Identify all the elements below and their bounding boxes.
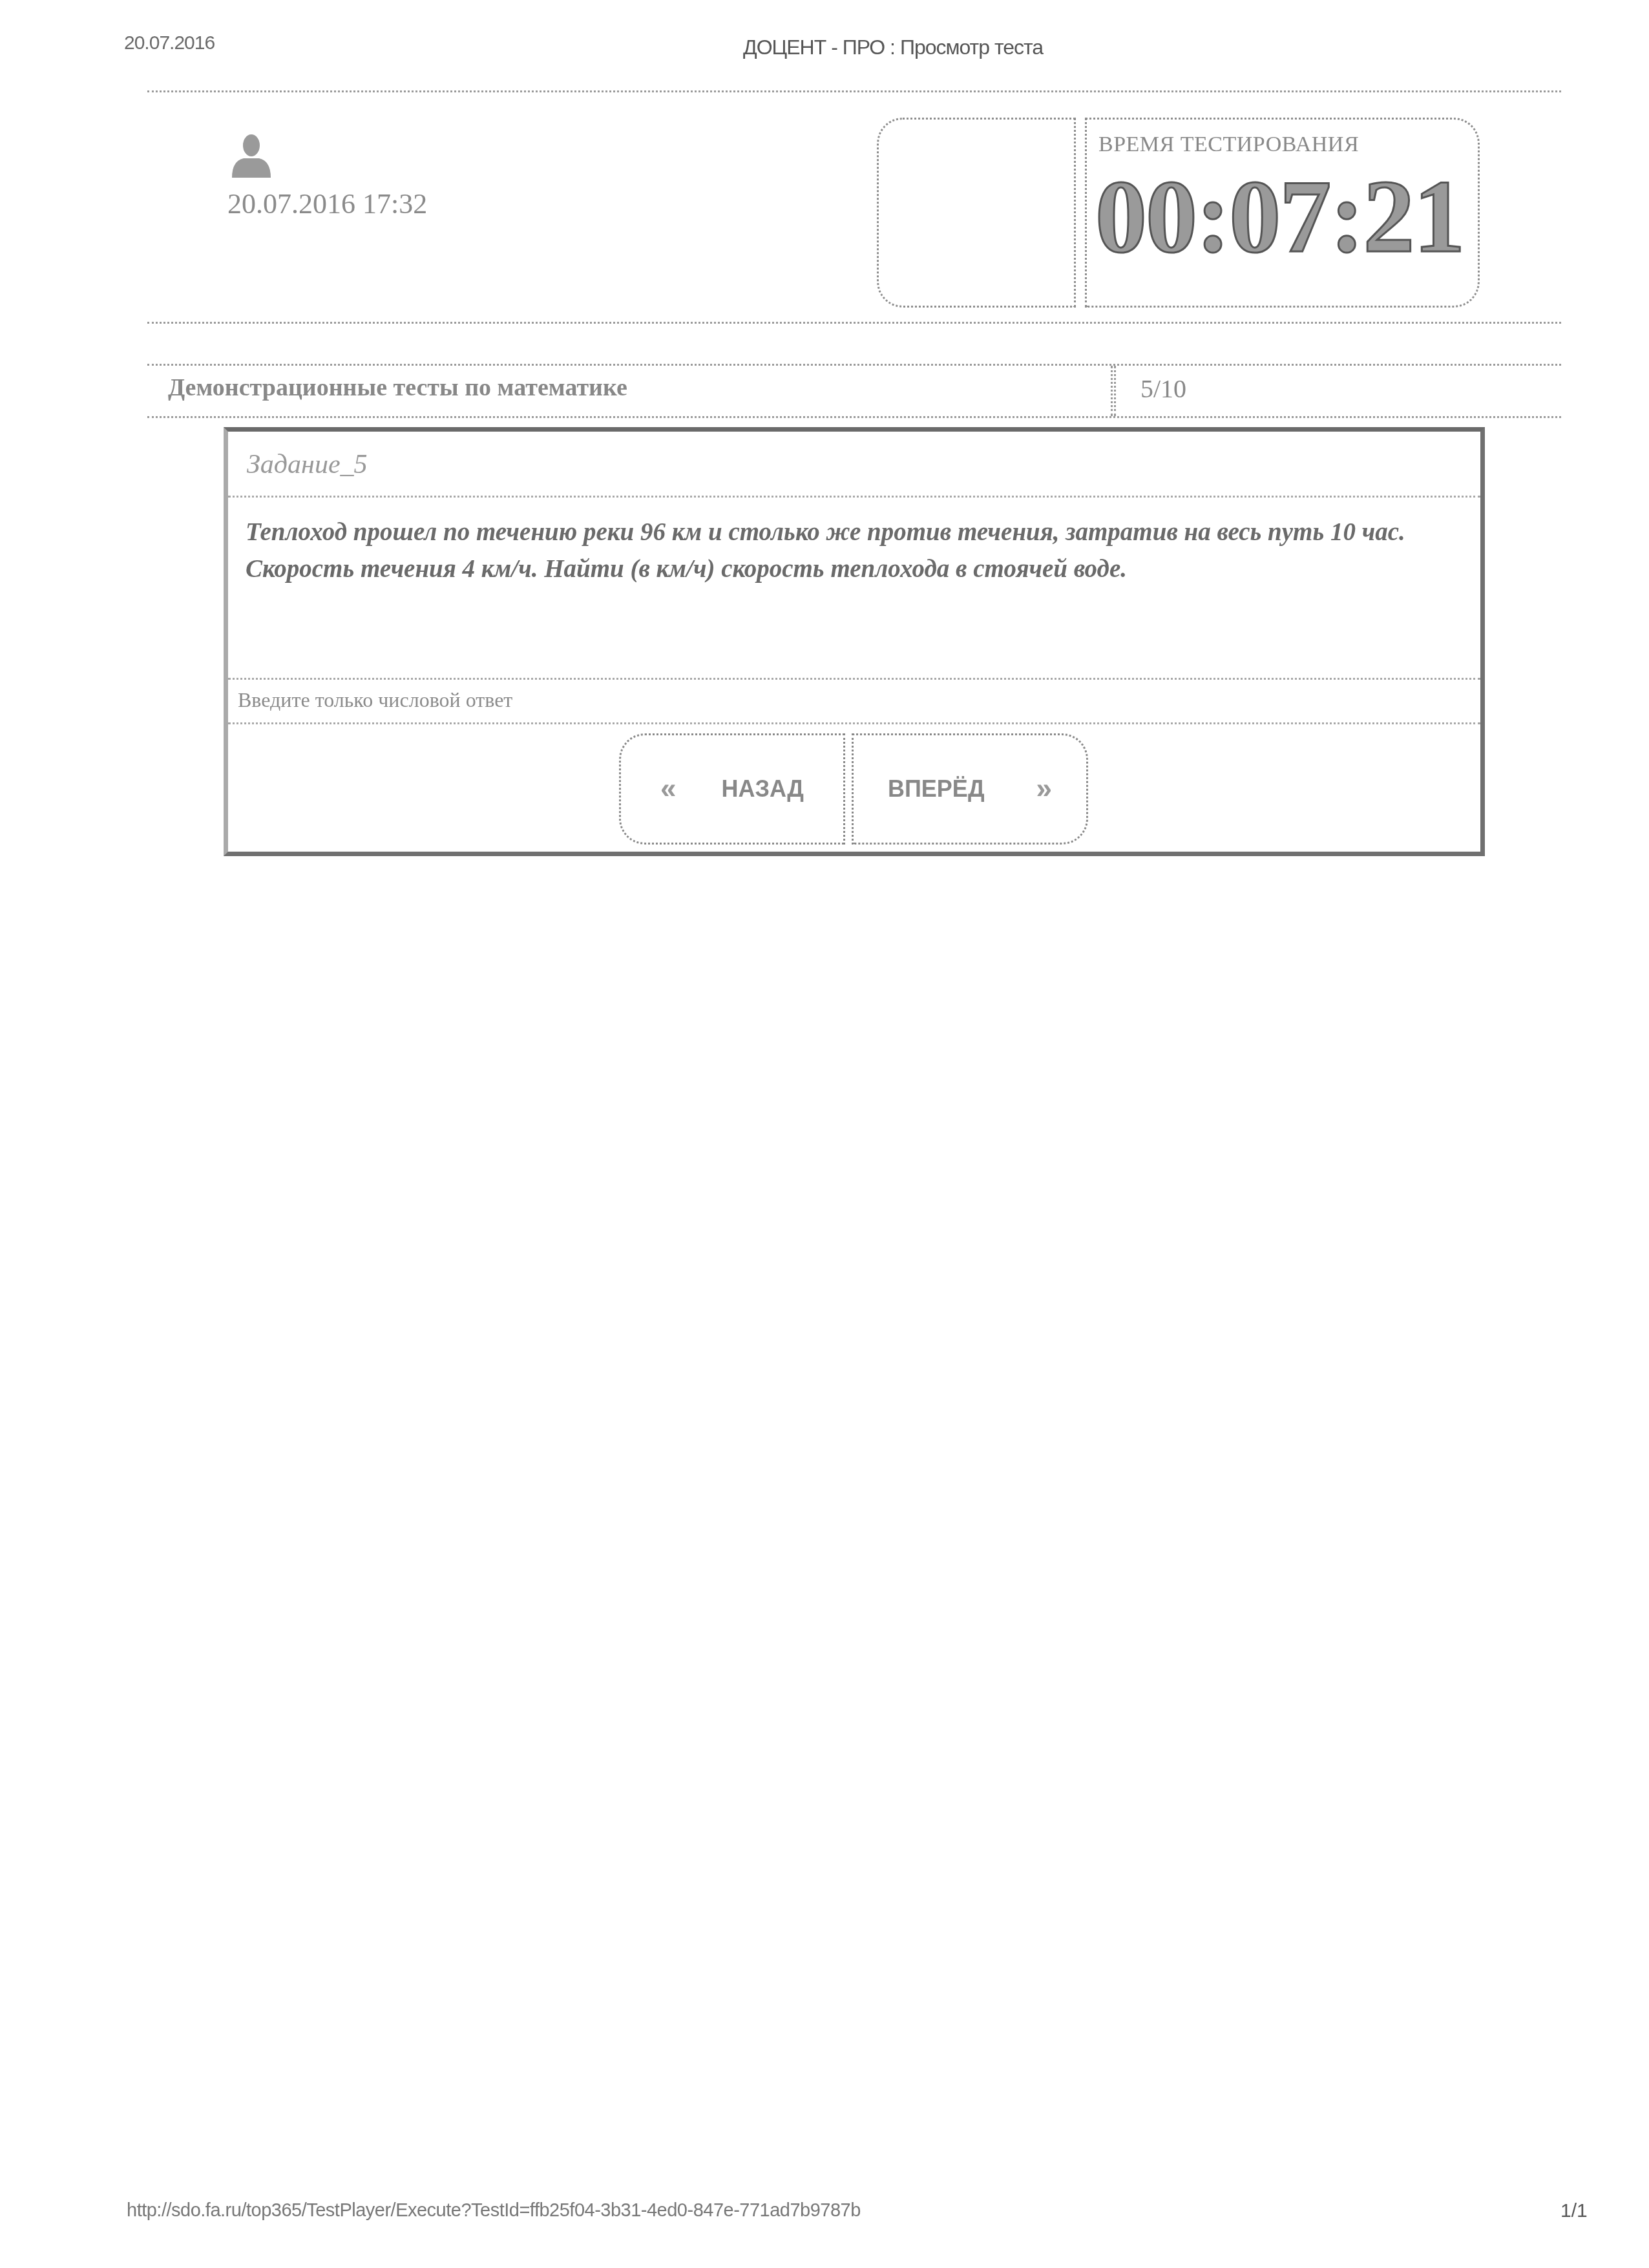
forward-button[interactable]: ВПЕРЁД » xyxy=(852,733,1088,845)
chevron-right-icon: » xyxy=(1036,773,1052,805)
timer-value: 00:07:21 xyxy=(1095,165,1464,268)
print-date: 20.07.2016 xyxy=(124,32,215,54)
question-progress: 5/10 xyxy=(1140,373,1186,404)
task-name: Задание_5 xyxy=(247,449,368,480)
header-top-rule xyxy=(147,90,1561,92)
timer-side-panel xyxy=(877,118,1076,308)
session-timestamp: 20.07.2016 17:32 xyxy=(227,187,427,220)
task-header-separator xyxy=(228,496,1480,498)
test-title: Демонстрационные тесты по математике xyxy=(168,373,627,402)
question-text: Теплоход прошел по течению реки 96 км и … xyxy=(246,514,1467,587)
timer-label: ВРЕМЯ ТЕСТИРОВАНИЯ xyxy=(1098,132,1359,157)
back-button-label: НАЗАД xyxy=(721,775,804,803)
print-footer-url: http://sdo.fa.ru/top365/TestPlayer/Execu… xyxy=(127,2200,861,2221)
print-page-title: ДОЦЕНТ - ПРО : Просмотр теста xyxy=(743,36,1043,59)
chevron-left-icon: « xyxy=(660,773,676,805)
user-avatar-icon xyxy=(229,132,273,178)
question-body-separator xyxy=(228,678,1480,680)
forward-button-label: ВПЕРЁД xyxy=(888,775,985,803)
back-button[interactable]: « НАЗАД xyxy=(619,733,845,845)
answer-area-separator xyxy=(228,722,1480,724)
title-row-divider xyxy=(1111,366,1116,416)
header-bottom-rule xyxy=(147,322,1561,324)
answer-hint: Введите только числовой ответ xyxy=(238,688,512,712)
print-page-number: 1/1 xyxy=(1560,2200,1588,2222)
title-row-bottom-rule xyxy=(147,416,1561,418)
